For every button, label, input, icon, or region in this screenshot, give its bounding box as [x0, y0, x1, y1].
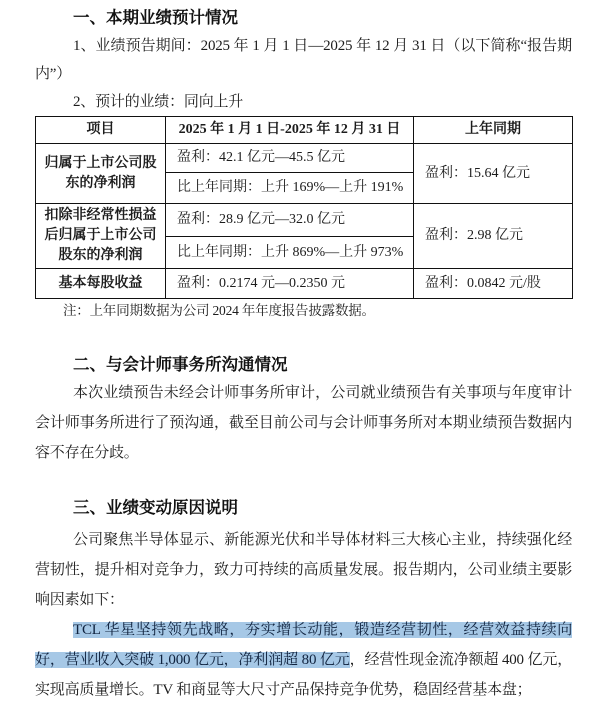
- row3-profit: 盈利：0.2174 元—0.2350 元: [166, 269, 414, 299]
- auditor-communication-paragraph: 本次业绩预告未经会计师事务所审计，公司就业绩预告有关事项与年度审计会计师事务所进…: [35, 378, 572, 468]
- header-prior-period: 上年同期: [414, 117, 573, 144]
- table-row: 扣除非经常性损益后归属于上市公司股东的净利润 盈利：28.9 亿元—32.0 亿…: [36, 204, 573, 237]
- forecast-result-text: 2、预计的业绩：同向上升: [35, 88, 572, 116]
- section2-heading: 二、与会计师事务所沟通情况: [35, 355, 572, 375]
- row2-item: 扣除非经常性损益后归属于上市公司股东的净利润: [36, 204, 166, 269]
- row3-item: 基本每股收益: [36, 269, 166, 299]
- table-row: 基本每股收益 盈利：0.2174 元—0.2350 元 盈利：0.0842 元/…: [36, 269, 573, 299]
- row1-yoy: 比上年同期：上升 169%—上升 191%: [166, 173, 414, 204]
- performance-factors-paragraph: 公司聚焦半导体显示、新能源光伏和半导体材料三大核心主业，持续强化经营韧性，提升相…: [35, 525, 572, 615]
- header-current-period: 2025 年 1 月 1 日-2025 年 12 月 31 日: [166, 117, 414, 144]
- table-header-row: 项目 2025 年 1 月 1 日-2025 年 12 月 31 日 上年同期: [36, 117, 573, 144]
- row1-prior: 盈利：15.64 亿元: [414, 144, 573, 204]
- header-item: 项目: [36, 117, 166, 144]
- document-page: 一、本期业绩预计情况 1、业绩预告期间：2025 年 1 月 1 日—2025 …: [0, 0, 600, 706]
- tcl-csot-paragraph: TCL 华星坚持领先战略，夯实增长动能，锻造经营韧性，经营效益持续向好，营业收入…: [35, 615, 572, 705]
- row3-prior: 盈利：0.0842 元/股: [414, 269, 573, 299]
- row1-item: 归属于上市公司股东的净利润: [36, 144, 166, 204]
- table-note: 注：上年同期数据为公司 2024 年年度报告披露数据。: [35, 302, 572, 319]
- section1-heading: 一、本期业绩预计情况: [35, 8, 572, 28]
- row1-profit: 盈利：42.1 亿元—45.5 亿元: [166, 144, 414, 173]
- row2-profit: 盈利：28.9 亿元—32.0 亿元: [166, 204, 414, 237]
- section3-heading: 三、业绩变动原因说明: [35, 498, 572, 518]
- table-row: 归属于上市公司股东的净利润 盈利：42.1 亿元—45.5 亿元 盈利：15.6…: [36, 144, 573, 173]
- forecast-period-text: 1、业绩预告期间：2025 年 1 月 1 日—2025 年 12 月 31 日…: [35, 32, 572, 88]
- performance-table: 项目 2025 年 1 月 1 日-2025 年 12 月 31 日 上年同期 …: [35, 116, 573, 299]
- row2-prior: 盈利：2.98 亿元: [414, 204, 573, 269]
- row2-yoy: 比上年同期：上升 869%—上升 973%: [166, 237, 414, 269]
